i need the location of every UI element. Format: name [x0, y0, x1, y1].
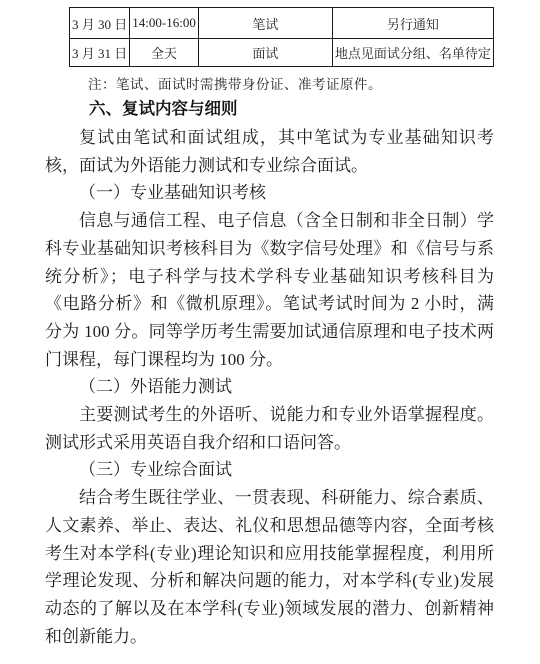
paragraph: 结合考生既往学业、一贯表现、科研能力、综合素质、人文素养、举止、表达、礼仪和思想… [45, 484, 494, 650]
location-cell: 另行通知 [332, 8, 493, 39]
section-heading: 六、复试内容与细则 [89, 99, 238, 120]
subheading-foreign-language-test: （二）外语能力测试 [45, 373, 494, 401]
paragraph: 复试由笔试和面试组成，其中笔试为专业基础知识考核，面试为外语能力测试和专业综合面… [45, 124, 494, 179]
exam-schedule-table: 3 月 30 日 14:00-16:00 笔试 另行通知 3 月 31 日 全天… [69, 7, 494, 67]
note-text: 注：笔试、面试时需携带身份证、准考证原件。 [88, 76, 382, 93]
time-cell: 全天 [130, 39, 199, 67]
date-cell: 3 月 30 日 [70, 8, 130, 39]
subheading-professional-knowledge: （一）专业基础知识考核 [45, 179, 494, 207]
table-row: 3 月 30 日 14:00-16:00 笔试 另行通知 [70, 8, 494, 39]
time-cell: 14:00-16:00 [130, 8, 199, 39]
document-page: 3 月 30 日 14:00-16:00 笔试 另行通知 3 月 31 日 全天… [0, 0, 540, 664]
section-body: 复试由笔试和面试组成，其中笔试为专业基础知识考核，面试为外语能力测试和专业综合面… [45, 124, 494, 650]
paragraph: 主要测试考生的外语听、说能力和专业外语掌握程度。测试形式采用英语自我介绍和口语问… [45, 401, 494, 456]
exam-type-cell: 笔试 [198, 8, 332, 39]
paragraph: 信息与通信工程、电子信息（含全日制和非全日制）学科专业基础知识考核科目为《数字信… [45, 207, 494, 373]
location-cell: 地点见面试分组、名单待定 [332, 39, 493, 67]
exam-type-cell: 面试 [198, 39, 332, 67]
date-cell: 3 月 31 日 [70, 39, 130, 67]
subheading-comprehensive-interview: （三）专业综合面试 [45, 456, 494, 484]
table-row: 3 月 31 日 全天 面试 地点见面试分组、名单待定 [70, 39, 494, 67]
